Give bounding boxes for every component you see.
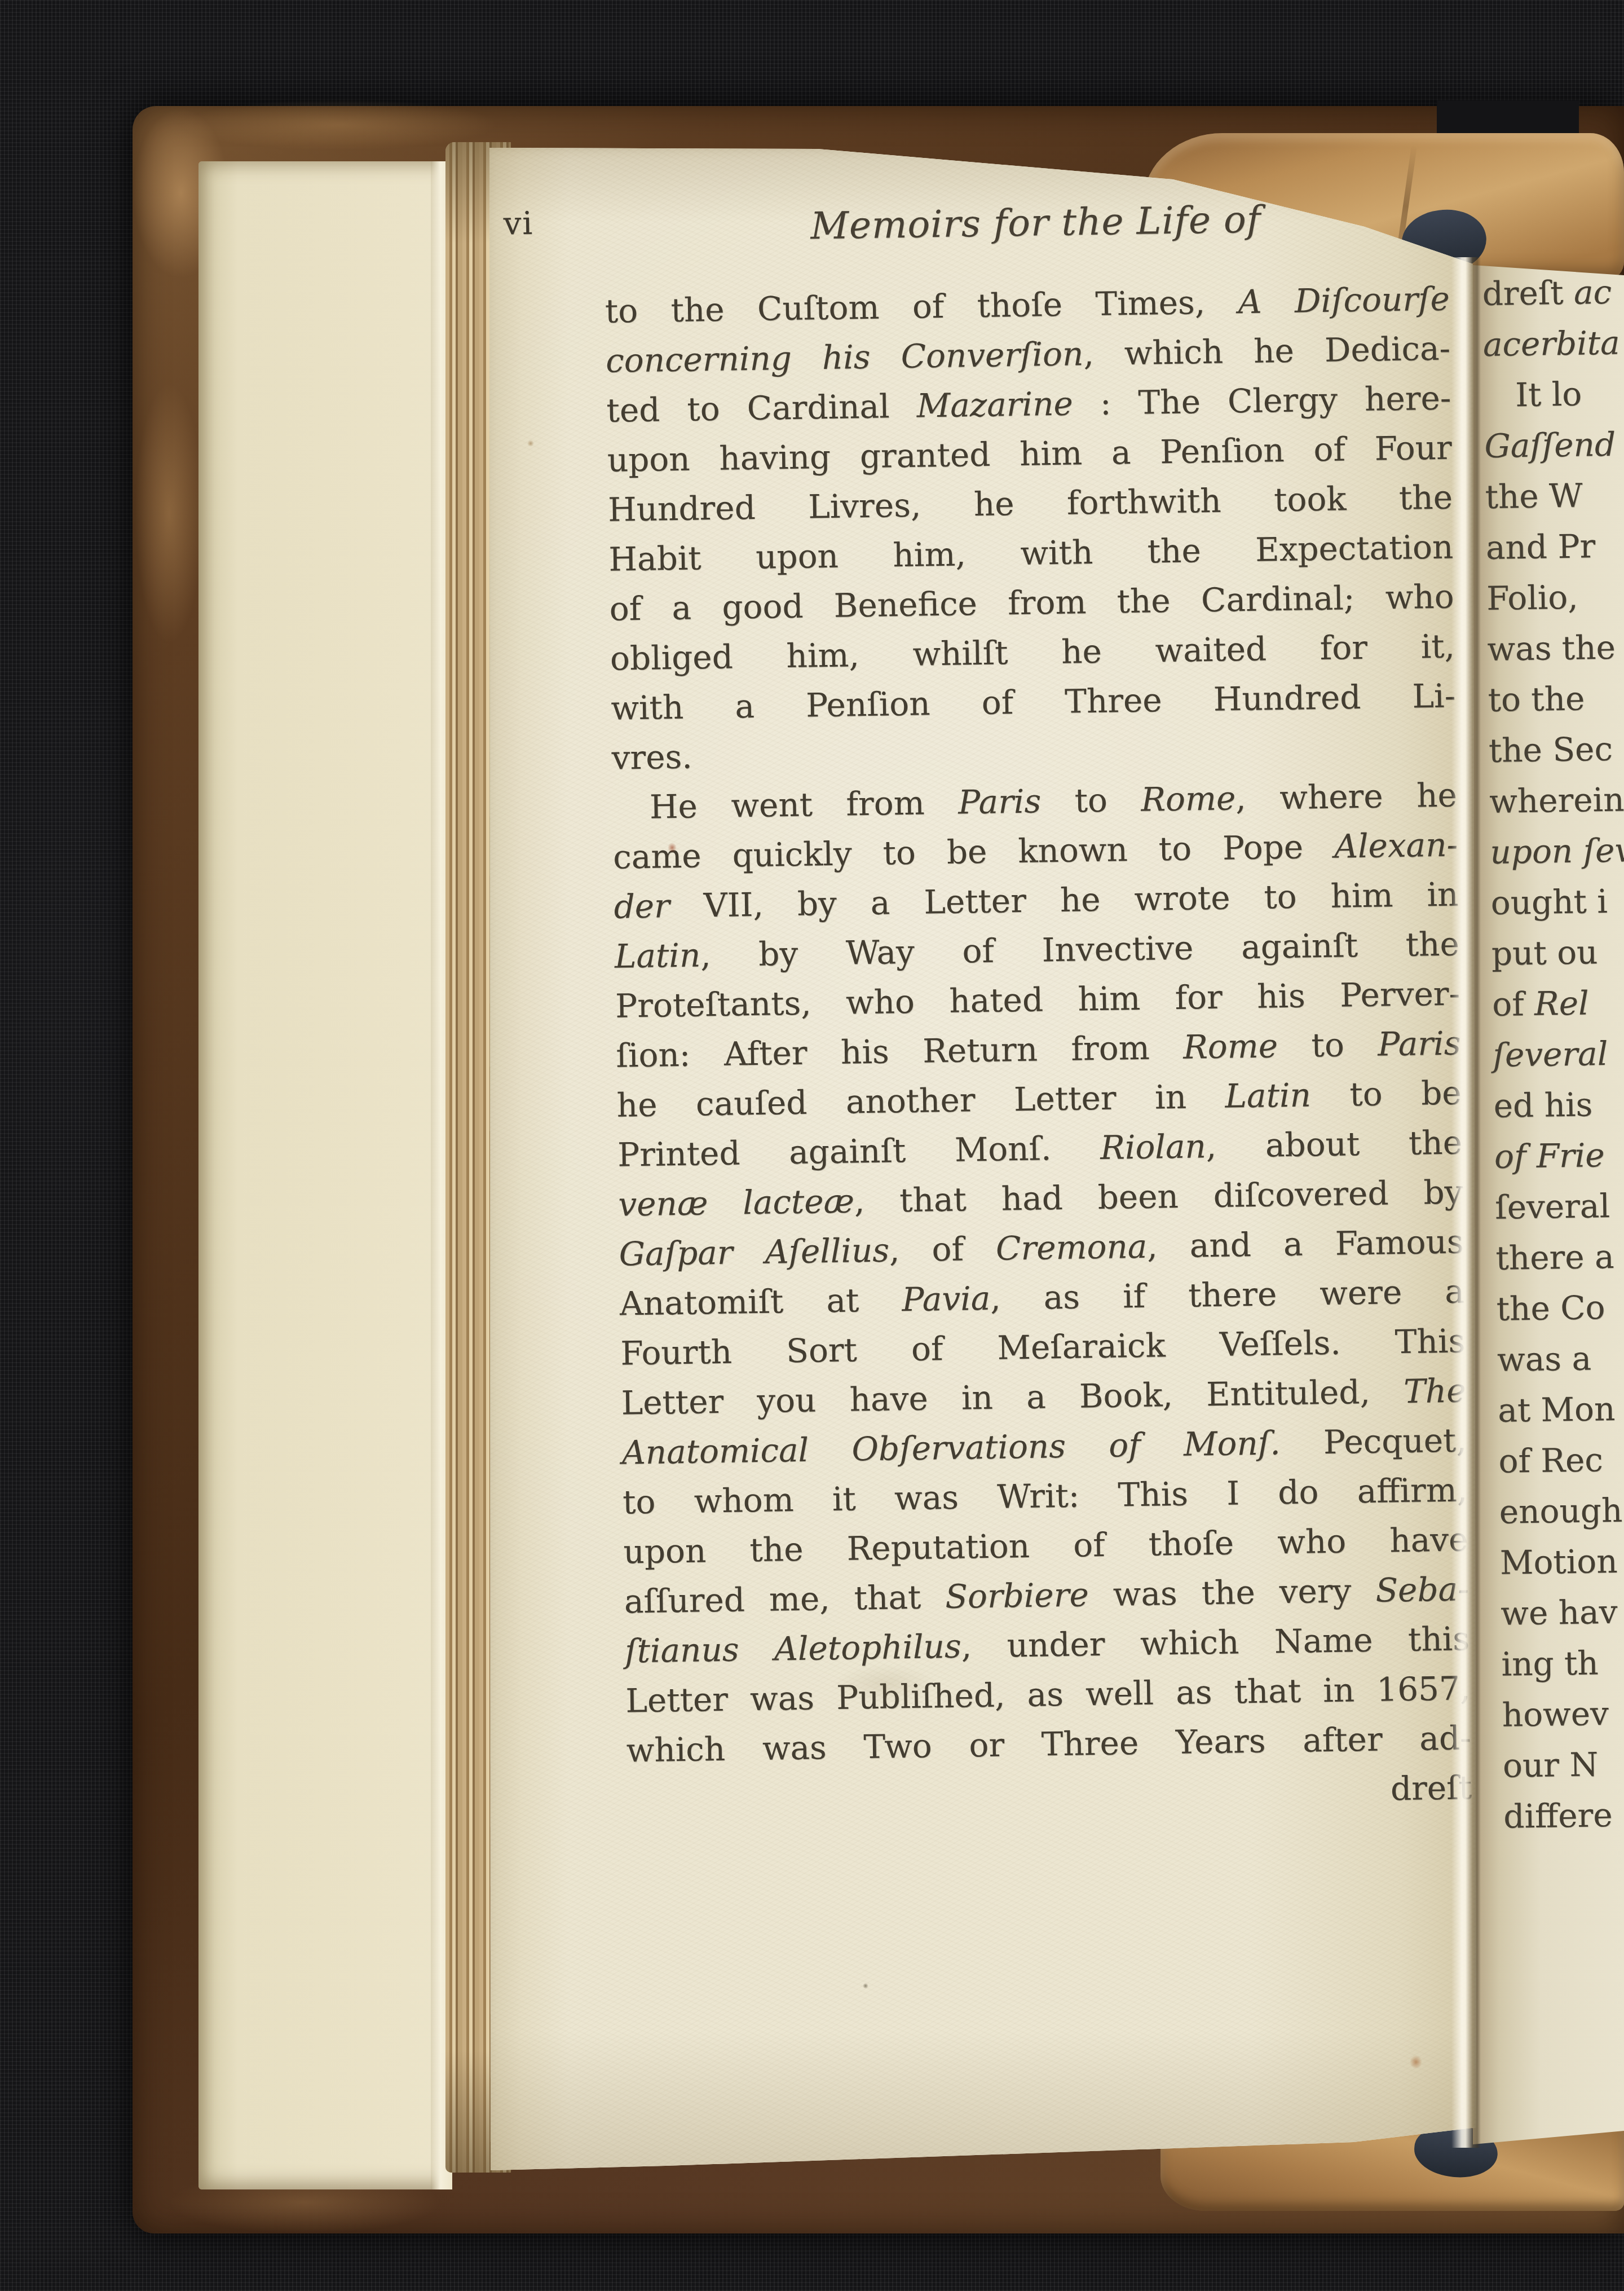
italic-text-segment: Latin: [614, 936, 700, 975]
italic-text-segment: der: [614, 887, 670, 926]
text-segment: , which he Dedica-: [1083, 329, 1451, 373]
italic-text-segment: Rel: [1534, 984, 1589, 1023]
text-segment: : The Clergy here-: [1073, 379, 1451, 423]
facing-page-text: dreſt acacerbitaIt loGaſſendthe Wand PrF…: [1482, 265, 1624, 2147]
text-segment: of a good Benefice from the Cardinal; wh…: [609, 578, 1454, 628]
text-segment: to the: [1488, 680, 1585, 719]
text-segment: Printed againſt Monſ.: [617, 1129, 1101, 1174]
text-segment: with a Penſion of Three Hundred Li-: [611, 676, 1456, 727]
body-text: to the Cuſtom of thoſe Times, A Diſcourſ…: [604, 274, 1472, 1843]
text-line: there a: [1495, 1230, 1624, 1284]
text-segment: upon the Reputation of thoſe who have: [623, 1520, 1468, 1571]
text-line: the W: [1485, 468, 1624, 522]
italic-text-segment: Paris: [958, 782, 1042, 821]
text-segment: Proteſtants, who hated him for his Perve…: [615, 974, 1460, 1025]
text-segment: , as if there were a: [990, 1272, 1465, 1317]
text-segment: was the: [1487, 628, 1616, 668]
text-segment: Pecquet,: [1280, 1421, 1467, 1462]
text-segment: ted to Cardinal: [606, 387, 917, 430]
italic-text-segment: Pavia: [902, 1279, 991, 1319]
italic-text-segment: Anatomical Obſervations of Monſ.: [621, 1424, 1281, 1471]
text-segment: of Rec: [1498, 1440, 1603, 1481]
text-segment: which was Two or Three Years after ad-: [626, 1719, 1471, 1769]
text-segment: Motion: [1500, 1542, 1618, 1582]
text-line: we hav: [1501, 1585, 1624, 1639]
text-segment: was a: [1497, 1339, 1592, 1378]
italic-text-segment: Gaſpar Aſellius: [619, 1231, 889, 1273]
text-segment: at Mon: [1498, 1390, 1616, 1430]
text-segment: , of: [889, 1230, 996, 1270]
text-line: ought i: [1490, 874, 1624, 928]
text-segment: put ou: [1491, 933, 1597, 973]
flyleaf-endpaper: [198, 161, 452, 2189]
text-segment: , and a Famous: [1147, 1222, 1464, 1265]
text-segment: to: [1041, 781, 1141, 821]
text-segment: wherein: [1489, 781, 1624, 821]
text-line: of Rel: [1492, 976, 1624, 1030]
italic-text-segment: Riolan: [1100, 1127, 1207, 1167]
text-line: upon ſev: [1490, 823, 1624, 878]
text-segment: there a: [1495, 1237, 1614, 1277]
text-segment: ſion: After his Return from: [616, 1028, 1184, 1075]
text-line: was a: [1497, 1331, 1624, 1385]
text-segment: and Pr: [1485, 527, 1595, 567]
text-segment: , under which Name this: [961, 1619, 1469, 1665]
text-segment: we hav: [1501, 1593, 1618, 1633]
italic-text-segment: Paris: [1378, 1024, 1461, 1063]
text-line: the Sec: [1488, 722, 1624, 776]
text-segment: ſeveral: [1495, 1187, 1610, 1227]
text-segment: enough: [1499, 1491, 1622, 1531]
text-segment: of: [1492, 985, 1535, 1024]
text-line: of Frie: [1494, 1128, 1624, 1182]
text-segment: to be: [1310, 1073, 1462, 1114]
facing-page-edge: dreſt acacerbitaIt loGaſſendthe Wand PrF…: [1473, 264, 1624, 2149]
text-segment: It lo: [1515, 375, 1582, 415]
text-segment: He went from: [649, 783, 958, 826]
text-line: It lo: [1484, 366, 1624, 421]
text-line: Motion: [1499, 1534, 1624, 1588]
text-segment: , about the: [1206, 1123, 1462, 1165]
italic-text-segment: of Frie: [1494, 1136, 1605, 1176]
text-segment: the W: [1485, 477, 1583, 516]
text-segment: our N: [1503, 1745, 1599, 1785]
italic-text-segment: Mazarine: [916, 384, 1073, 425]
gutter-crease: [1451, 257, 1481, 2148]
italic-text-segment: Alexan-: [1334, 825, 1458, 865]
text-line: Gaſſend: [1484, 417, 1624, 472]
italic-text-segment: A Diſcourſe: [1238, 280, 1450, 321]
text-line: wherein: [1489, 773, 1624, 827]
text-line: to the: [1488, 671, 1624, 725]
text-line: of Rec: [1498, 1433, 1624, 1487]
text-line: acerbita: [1482, 316, 1624, 370]
italic-text-segment: Sorbiere: [945, 1575, 1089, 1616]
text-segment: to whom it was Writ: This I do affirm,: [623, 1470, 1468, 1521]
text-line: put ou: [1491, 925, 1624, 979]
text-segment: ought i: [1490, 882, 1608, 922]
running-header: Memoirs for the Life of: [736, 197, 1335, 249]
text-segment: howev: [1502, 1694, 1609, 1734]
italic-text-segment: Rome: [1141, 779, 1236, 818]
italic-text-segment: Cremona: [996, 1227, 1148, 1268]
text-segment: obliged him, whilſt he waited for it,: [610, 627, 1455, 677]
text-segment: Letter was Publiſhed, as well as that in…: [625, 1669, 1471, 1720]
italic-text-segment: Latin: [1225, 1076, 1311, 1115]
text-segment: Hundred Livres, he forthwith took the: [608, 478, 1453, 529]
text-line: enough: [1499, 1483, 1624, 1537]
left-page: vi Memoirs for the Life of to the Cuſtom…: [484, 141, 1479, 2174]
left-page-content: vi Memoirs for the Life of to the Cuſtom…: [482, 128, 1506, 2175]
text-segment: , by Way of Invective againſt the: [700, 924, 1460, 974]
text-line: was the: [1487, 620, 1624, 675]
text-line: our N: [1502, 1737, 1624, 1791]
italic-text-segment: ac: [1574, 273, 1612, 312]
text-line: ſeveral: [1493, 1026, 1624, 1081]
text-segment: dreſt: [1482, 274, 1574, 313]
text-segment: Anatomiſt at: [620, 1280, 902, 1323]
italic-text-segment: Gaſſend: [1484, 425, 1616, 465]
text-segment: ed his: [1493, 1085, 1592, 1125]
text-segment: Folio,: [1486, 578, 1578, 618]
text-line: ed his: [1493, 1077, 1624, 1131]
text-segment: Fourth Sort of Meſaraick Veſſels. This: [620, 1321, 1466, 1372]
text-line: ſeveral: [1495, 1179, 1624, 1233]
italic-text-segment: Rome: [1183, 1026, 1278, 1066]
italic-text-segment: ſtianus Aletophilus: [625, 1627, 962, 1671]
text-segment: to: [1278, 1025, 1378, 1065]
text-segment: Letter you have in a Book, Entituled,: [621, 1372, 1404, 1422]
italic-text-segment: ſeveral: [1493, 1034, 1608, 1074]
italic-text-segment: concerning his Converſion: [606, 334, 1084, 380]
text-line: the Co: [1496, 1280, 1624, 1334]
text-segment: the Sec: [1488, 730, 1613, 770]
text-line: at Mon: [1498, 1382, 1624, 1436]
text-segment: vres.: [611, 738, 692, 777]
text-segment: aſſured me, that: [624, 1578, 945, 1620]
text-line: howev: [1502, 1686, 1624, 1741]
text-segment: upon having granted him a Penſion of Fou…: [607, 429, 1452, 479]
italic-text-segment: acerbita: [1482, 324, 1620, 364]
text-segment: , that had been diſcovered by: [854, 1173, 1463, 1220]
text-line: Folio,: [1486, 570, 1624, 624]
text-segment: VII, by a Letter he wrote to him in: [669, 875, 1459, 925]
text-segment: , where he: [1235, 776, 1457, 817]
text-line: and Pr: [1485, 519, 1624, 573]
text-segment: to the Cuſtom of thoſe Times,: [604, 283, 1238, 331]
text-line: differe: [1503, 1788, 1624, 1842]
text-segment: the Co: [1496, 1288, 1605, 1328]
italic-text-segment: upon ſev: [1490, 831, 1624, 871]
text-segment: he cauſed another Letter in: [616, 1077, 1225, 1125]
text-segment: ing th: [1501, 1644, 1599, 1683]
page-number: vi: [503, 205, 534, 243]
text-segment: was the very: [1088, 1571, 1376, 1614]
text-segment: came quickly to be known to Pope: [613, 827, 1335, 876]
text-segment: Habit upon him, with the Expectation: [608, 528, 1454, 579]
text-segment: differe: [1503, 1796, 1613, 1836]
text-line: ing th: [1501, 1636, 1624, 1690]
italic-text-segment: venæ lacteæ: [618, 1182, 855, 1223]
